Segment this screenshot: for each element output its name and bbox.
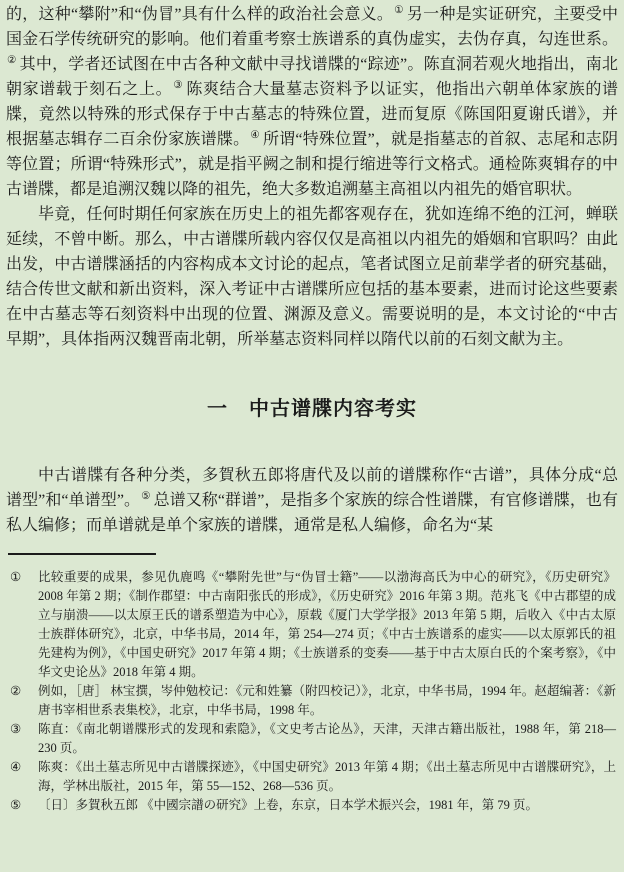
footnote-item: ① 比较重要的成果，参见仇鹿鸣《“攀附先世”与“伪冒士籍”——以渤海高氏为中心的… — [10, 568, 616, 682]
footnote-text: 〔日〕多賀秋五郎 《中國宗譜の研究》上卷，东京，日本学术振兴会，1981 年，第… — [38, 796, 616, 815]
footnote-item: ② 例如，［唐］ 林宝撰，岑仲勉校记：《元和姓纂（附四校记）》，北京，中华书局，… — [10, 682, 616, 720]
footnote-ref-5: ⑤ — [141, 491, 151, 502]
footnotes-section: ① 比较重要的成果，参见仇鹿鸣《“攀附先世”与“伪冒士籍”——以渤海高氏为中心的… — [6, 568, 618, 815]
paragraph-1: 的，这种“攀附”和“伪冒”具有什么样的政治社会意义。①另一种是实证研究，主要受中… — [6, 2, 618, 202]
footnote-number: ⑤ — [10, 796, 28, 815]
footnote-number: ④ — [10, 758, 28, 796]
footnote-item: ③ 陈直：《南北朝谱牒形式的发现和索隐》，《文史考古论丛》，天津，天津古籍出版社… — [10, 720, 616, 758]
footnote-ref-2: ② — [7, 55, 17, 66]
footnote-item: ④ 陈爽：《出土墓志所见中古谱牒探迹》，《中国史研究》2013 年第 4 期；《… — [10, 758, 616, 796]
footnote-text: 例如，［唐］ 林宝撰，岑仲勉校记：《元和姓纂（附四校记）》，北京，中华书局，19… — [38, 682, 616, 720]
footnote-item: ⑤ 〔日〕多賀秋五郎 《中國宗譜の研究》上卷，东京，日本学术振兴会，1981 年… — [10, 796, 616, 815]
footnote-ref-4: ④ — [250, 130, 260, 141]
footnote-number: ① — [10, 568, 28, 682]
article-body: 的，这种“攀附”和“伪冒”具有什么样的政治社会意义。①另一种是实证研究，主要受中… — [6, 2, 618, 538]
section-heading: 一 中古谱牒内容考实 — [6, 395, 618, 423]
footnote-text: 陈直：《南北朝谱牒形式的发现和索隐》，《文史考古论丛》，天津，天津古籍出版社，1… — [38, 720, 616, 758]
footnote-number: ② — [10, 682, 28, 720]
paragraph-1-text: 的，这种“攀附”和“伪冒”具有什么样的政治社会意义。 — [6, 6, 393, 23]
footnote-separator — [8, 553, 156, 555]
footnote-text: 比较重要的成果，参见仇鹿鸣《“攀附先世”与“伪冒士籍”——以渤海高氏为中心的研究… — [38, 568, 616, 682]
footnote-text: 陈爽：《出土墓志所见中古谱牒探迹》，《中国史研究》2013 年第 4 期；《出土… — [38, 758, 616, 796]
paragraph-3: 中古谱牒有各种分类，多賀秋五郎将唐代及以前的谱牒称作“古谱”，具体分成“总谱型”… — [6, 463, 618, 538]
footnote-ref-3: ③ — [173, 80, 183, 91]
paragraph-2: 毕竟，任何时期任何家族在历史上的祖先都客观存在，犹如连绵不绝的江河，蝉联延续，不… — [6, 202, 618, 352]
document-page: 的，这种“攀附”和“伪冒”具有什么样的政治社会意义。①另一种是实证研究，主要受中… — [0, 0, 624, 872]
footnote-ref-1: ① — [394, 5, 404, 16]
footnote-number: ③ — [10, 720, 28, 758]
